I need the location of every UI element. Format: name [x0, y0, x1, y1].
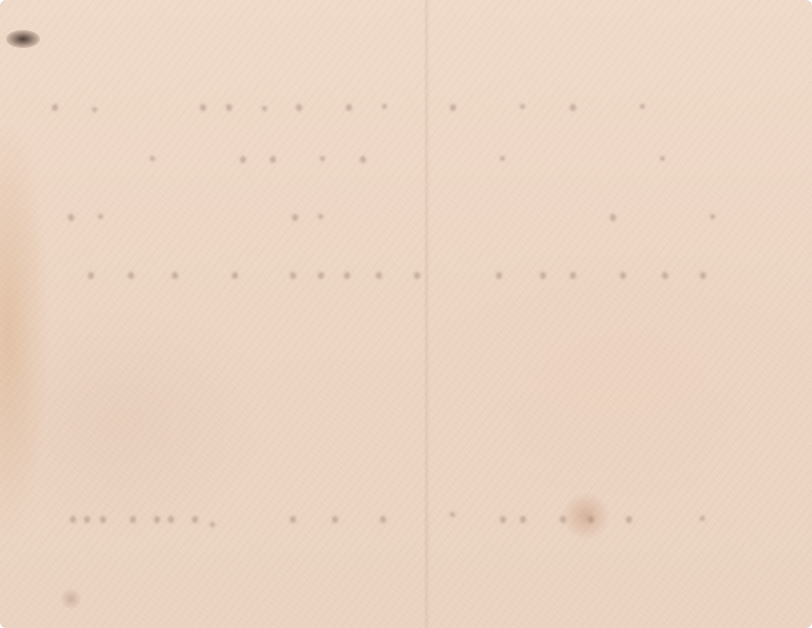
bleed-through-row	[0, 516, 812, 530]
corner-ink-stain	[6, 30, 40, 48]
bleed-through-row	[0, 272, 812, 286]
paper-fiber-texture	[0, 0, 812, 628]
bleed-through-row	[0, 104, 812, 118]
bleed-through-row	[0, 214, 812, 228]
foxing-spot	[60, 588, 82, 610]
bleed-through-row	[0, 156, 812, 170]
